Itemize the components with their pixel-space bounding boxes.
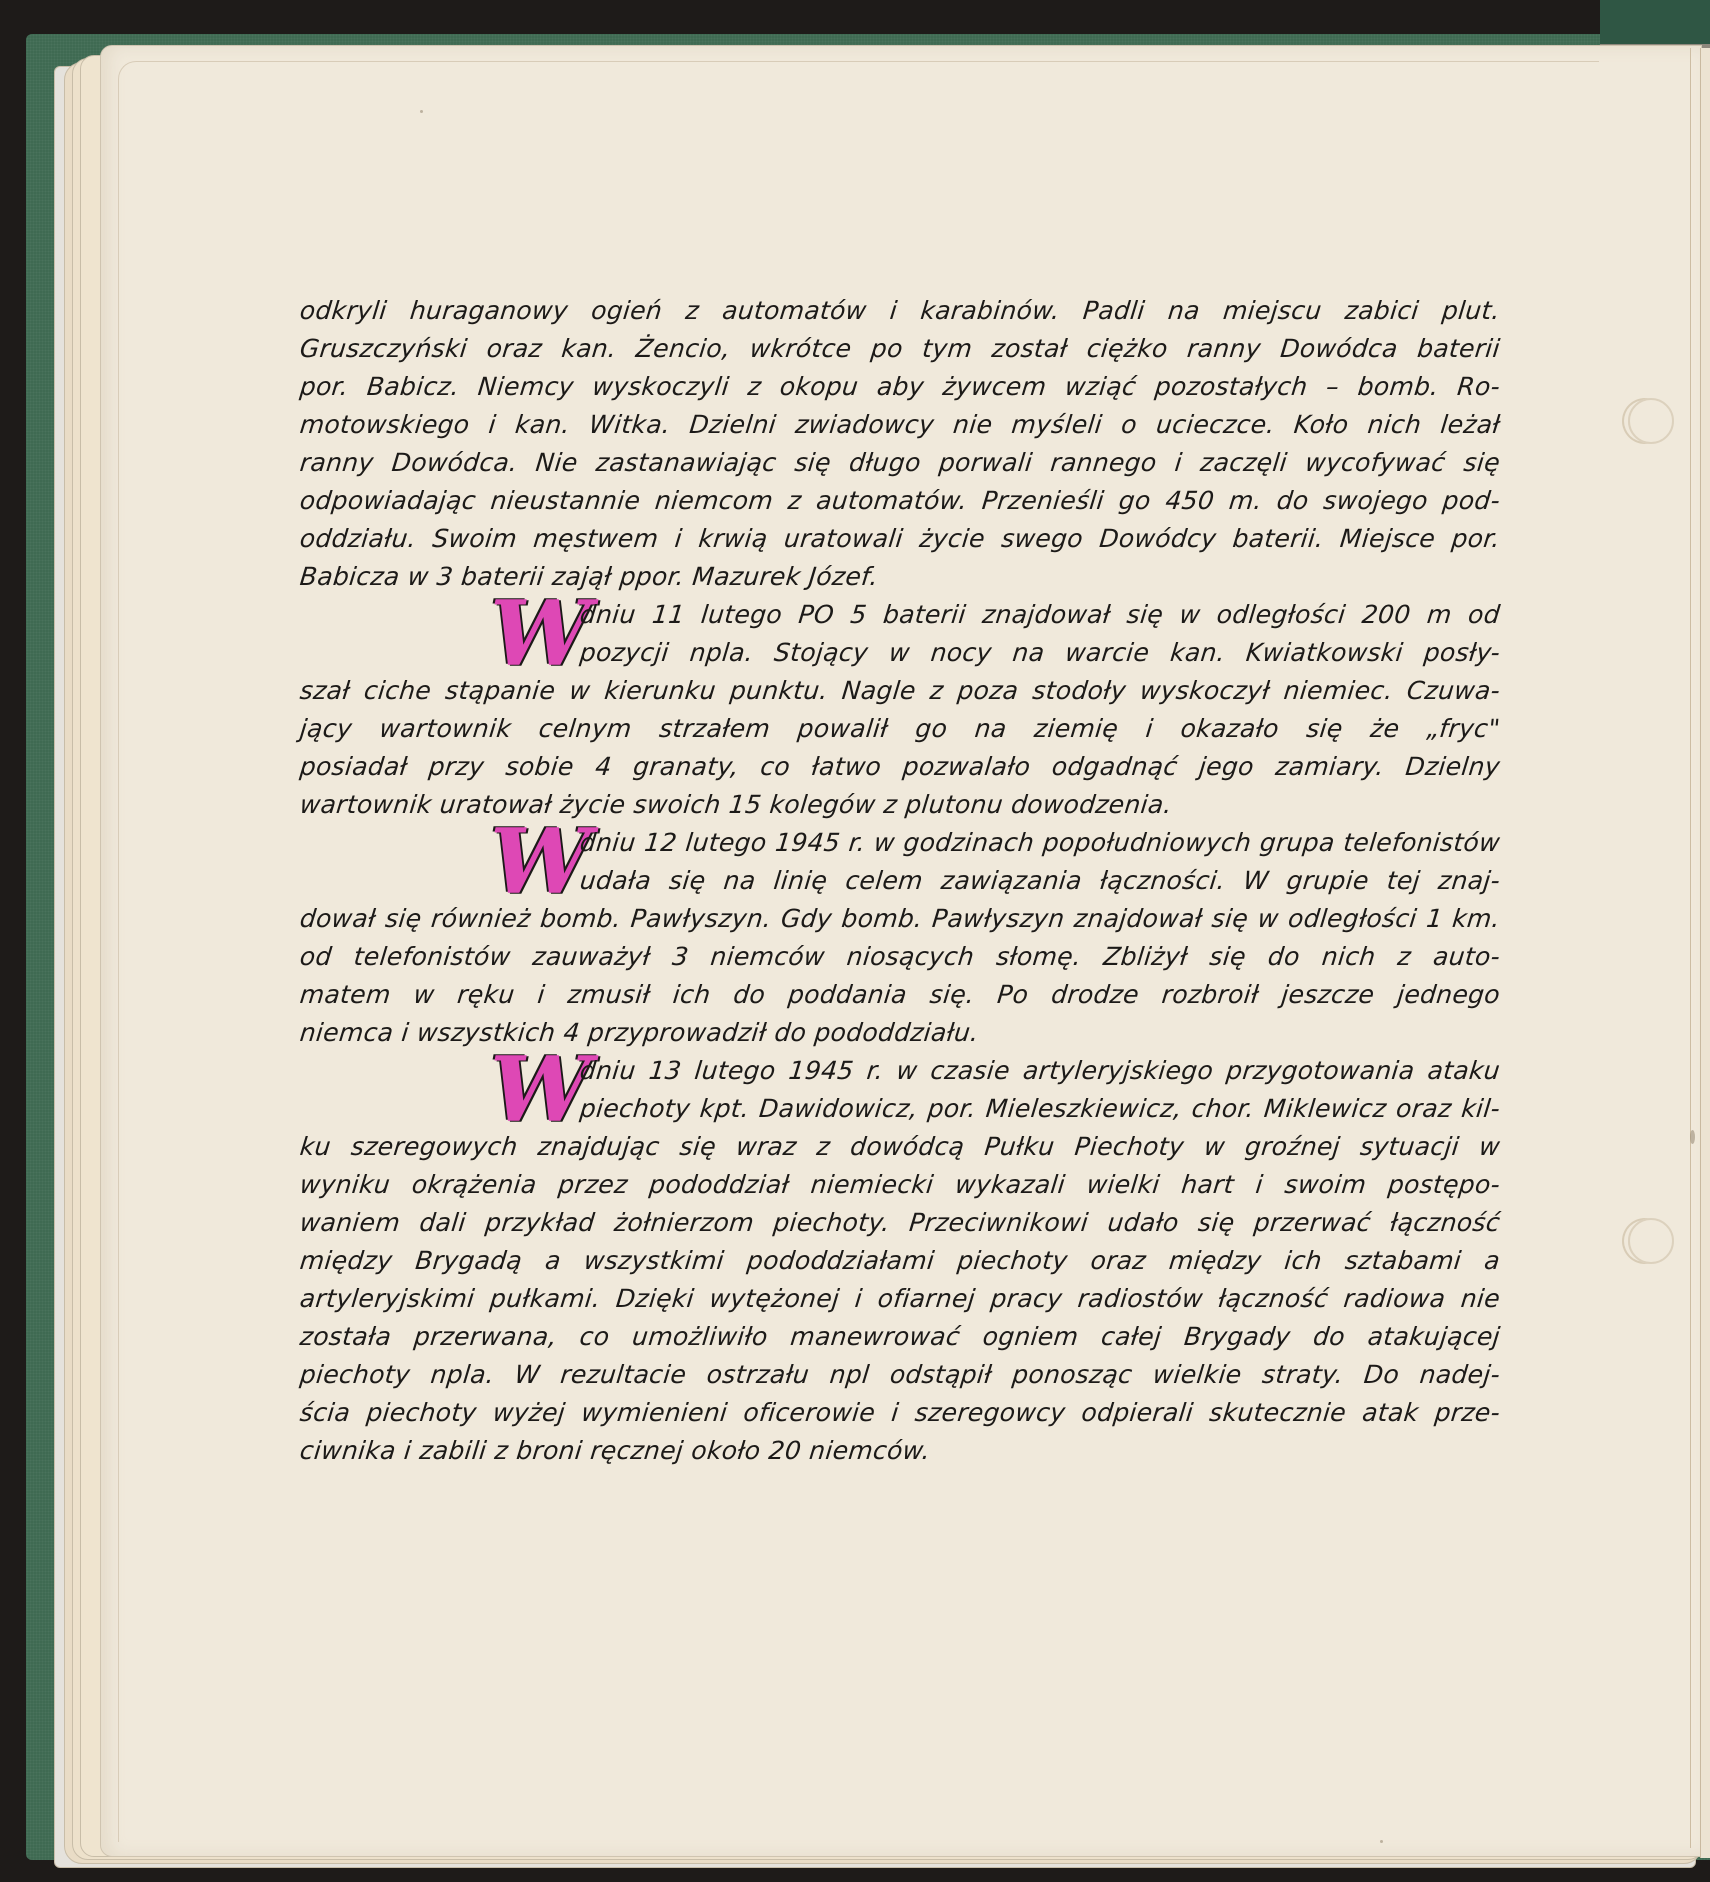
text-line: została przerwana, co umożliwiło manewro… (298, 1318, 1502, 1356)
text-line: od telefonistów zauważył 3 niemców niosą… (298, 938, 1502, 976)
text-line: ranny Dowódca. Nie zastanawiając się dłu… (298, 444, 1502, 482)
text-line: dniu 11 lutego PO 5 baterii znajdował si… (298, 596, 1502, 634)
paragraph-11-february: W dniu 11 lutego PO 5 baterii znajdował … (300, 596, 1500, 824)
text-line: niemca i wszystkich 4 przyprowadził do p… (298, 1014, 1502, 1052)
punch-hole-icon (1628, 398, 1674, 444)
text-line: ciwnika i zabili z broni ręcznej około 2… (298, 1432, 1502, 1470)
handwritten-text: odkryli huraganowy ogień z automatów i k… (300, 292, 1500, 1470)
text-line: matem w ręku i zmusił ich do poddania si… (298, 976, 1502, 1014)
text-line: ku szeregowych znajdując się wraz z dowó… (298, 1128, 1502, 1166)
paper-spot (1380, 1840, 1383, 1843)
page-right-edge (1700, 48, 1710, 1858)
paper-spot (1690, 1130, 1695, 1144)
paper-spot (420, 110, 423, 113)
text-line: odpowiadając nieustannie niemcom z autom… (298, 482, 1502, 520)
text-line: Babicza w 3 baterii zajął ppor. Mazurek … (298, 558, 1502, 596)
text-line: odkryli huraganowy ogień z automatów i k… (298, 292, 1502, 330)
paragraph-12-february: W dniu 12 lutego 1945 r. w godzinach pop… (300, 824, 1500, 1052)
text-line: piechoty npla. W rezultacie ostrzału npl… (298, 1356, 1502, 1394)
text-line: Gruszczyński oraz kan. Żencio, wkrótce p… (298, 330, 1502, 368)
text-line: piechoty kpt. Dawidowicz, por. Mieleszki… (298, 1090, 1502, 1128)
page-fold-line (1690, 48, 1691, 1848)
text-line: dował się również bomb. Pawłyszyn. Gdy b… (298, 900, 1502, 938)
album-cover-corner (1600, 0, 1710, 48)
text-line: szał ciche stąpanie w kierunku punktu. N… (298, 672, 1502, 710)
text-line: motowskiego i kan. Witka. Dzielni zwiado… (298, 406, 1502, 444)
paragraph-continuation: odkryli huraganowy ogień z automatów i k… (300, 292, 1500, 596)
text-line: ścia piechoty wyżej wymienieni oficerowi… (298, 1394, 1502, 1432)
text-line: dniu 13 lutego 1945 r. w czasie artylery… (298, 1052, 1502, 1090)
text-line: artyleryjskimi pułkami. Dzięki wytężonej… (298, 1280, 1502, 1318)
text-line: wyniku okrążenia przez pododdział niemie… (298, 1166, 1502, 1204)
text-line: posiadał przy sobie 4 granaty, co łatwo … (298, 748, 1502, 786)
text-line: udała się na linię celem zawiązania łącz… (298, 862, 1502, 900)
text-line: oddziału. Swoim męstwem i krwią uratowal… (298, 520, 1502, 558)
text-line: między Brygadą a wszystkimi pododdziałam… (298, 1242, 1502, 1280)
text-line: jący wartownik celnym strzałem powalił g… (298, 710, 1502, 748)
text-line: pozycji npla. Stojący w nocy na warcie k… (298, 634, 1502, 672)
paragraph-13-february: W dniu 13 lutego 1945 r. w czasie artyle… (300, 1052, 1500, 1470)
punch-hole-icon (1628, 1218, 1674, 1264)
text-line: waniem dali przykład żołnierzom piechoty… (298, 1204, 1502, 1242)
text-line: wartownik uratował życie swoich 15 koleg… (298, 786, 1502, 824)
text-line: por. Babicz. Niemcy wyskoczyli z okopu a… (298, 368, 1502, 406)
text-line: dniu 12 lutego 1945 r. w godzinach popoł… (298, 824, 1502, 862)
